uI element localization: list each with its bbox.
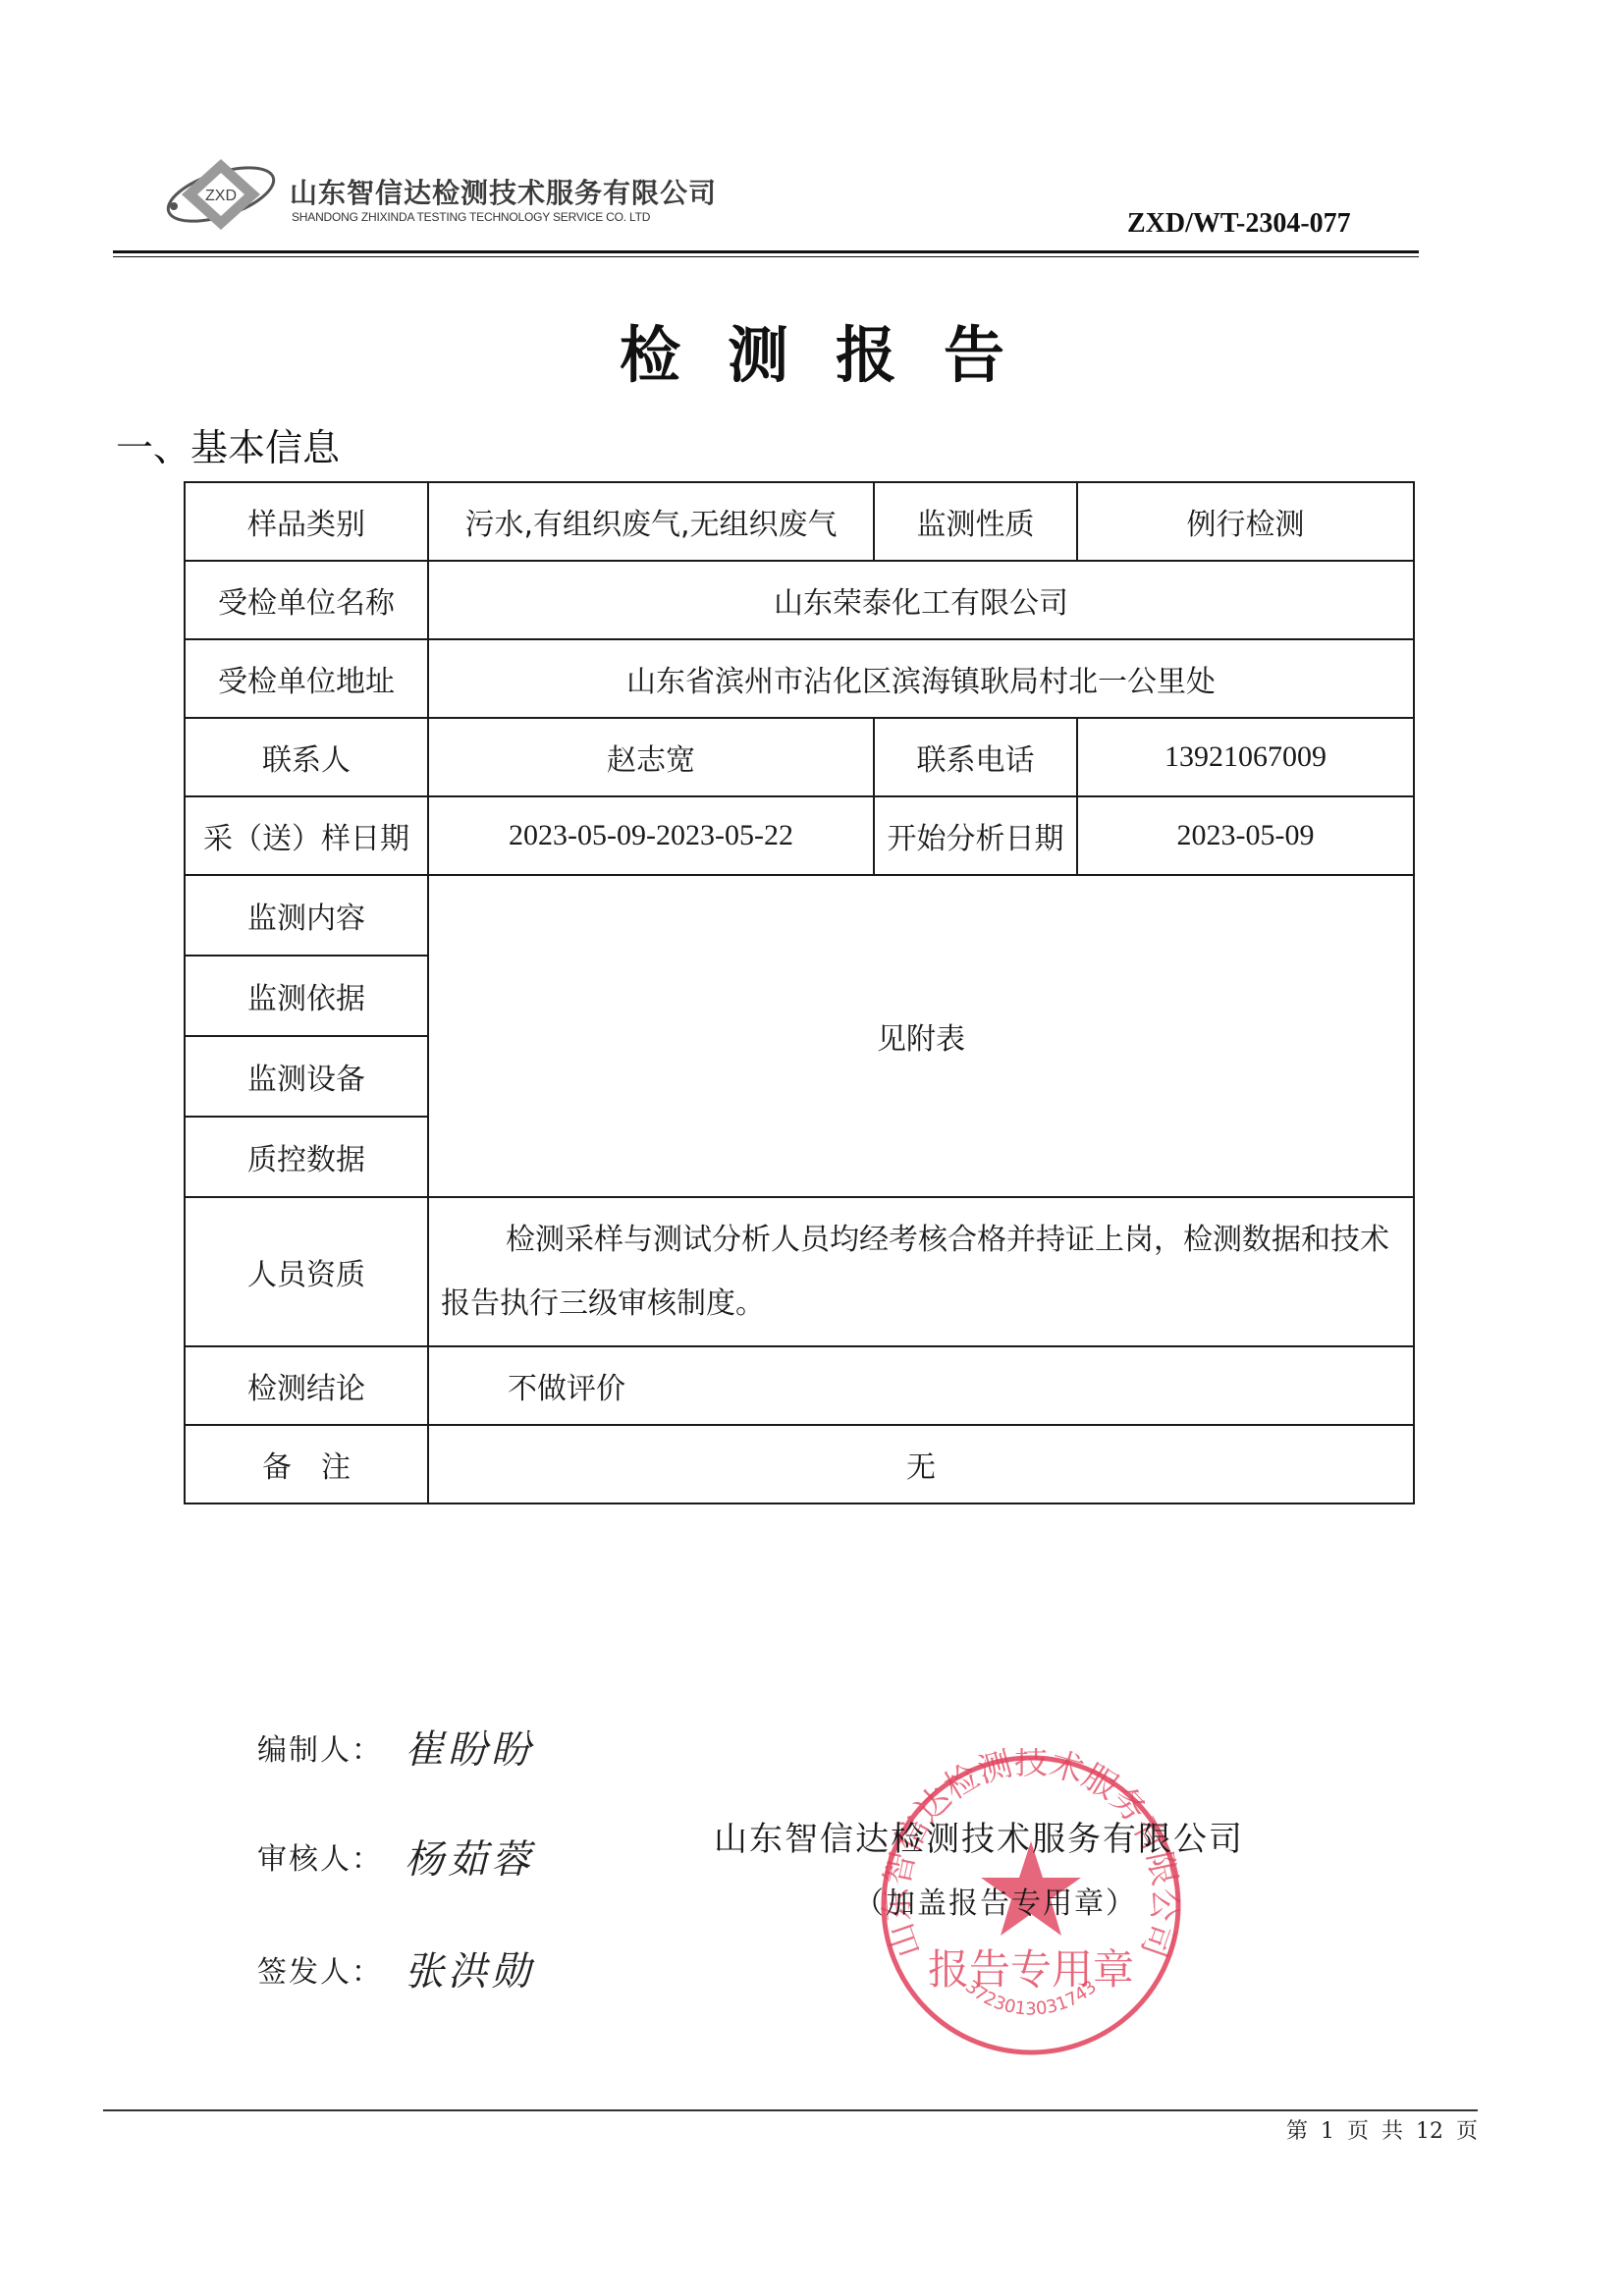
table-row-dates: 采（送）样日期 2023-05-09-2023-05-22 开始分析日期 202… bbox=[185, 796, 1414, 875]
table-row-conclusion: 检测结论 不做评价 bbox=[185, 1346, 1414, 1425]
sample-type-label: 样品类别 bbox=[185, 482, 428, 561]
svg-text:报告专用章: 报告专用章 bbox=[928, 1945, 1134, 1994]
basic-info-table: 样品类别 污水,有组织废气,无组织废气 监测性质 例行检测 受检单位名称 山东荣… bbox=[184, 481, 1415, 1504]
monitor-nature-value: 例行检测 bbox=[1077, 482, 1414, 561]
table-row-client-address: 受检单位地址 山东省滨州市沾化区滨海镇耿局村北一公里处 bbox=[185, 639, 1414, 718]
see-appendix-value: 见附表 bbox=[428, 875, 1414, 1197]
issuer-signature: 张洪勋 bbox=[405, 1941, 534, 1996]
phone-value: 13921067009 bbox=[1077, 718, 1414, 796]
remarks-value: 无 bbox=[428, 1425, 1414, 1503]
table-row-contact: 联系人 赵志宽 联系电话 13921067009 bbox=[185, 718, 1414, 796]
section-heading: 一、基本信息 bbox=[116, 417, 340, 471]
personnel-text: 检测采样与测试分析人员均经考核合格并持证上岗，检测数据和技术报告执行三级审核制度… bbox=[441, 1223, 1389, 1321]
personnel-label: 人员资质 bbox=[185, 1197, 428, 1346]
monitor-basis-label: 监测依据 bbox=[185, 956, 428, 1036]
report-number: ZXD/WT-2304-077 bbox=[1127, 208, 1351, 240]
sample-type-value: 污水,有组织废气,无组织废气 bbox=[428, 482, 874, 561]
company-logo: ZXD bbox=[162, 155, 280, 234]
sampling-date-label: 采（送）样日期 bbox=[185, 796, 428, 875]
table-row-sample-type: 样品类别 污水,有组织废气,无组织废气 监测性质 例行检测 bbox=[185, 482, 1414, 561]
remarks-label: 备 注 bbox=[185, 1425, 428, 1503]
footer-divider bbox=[103, 2109, 1478, 2111]
issuing-company: 山东智信达检测技术服务有限公司 bbox=[714, 1812, 1244, 1860]
reviewer-signature: 杨茹蓉 bbox=[405, 1829, 534, 1885]
table-row-monitor-content: 监测内容 见附表 bbox=[185, 875, 1414, 956]
client-address-value: 山东省滨州市沾化区滨海镇耿局村北一公里处 bbox=[428, 639, 1414, 718]
monitor-content-label: 监测内容 bbox=[185, 875, 428, 956]
client-address-label: 受检单位地址 bbox=[185, 639, 428, 718]
monitor-nature-label: 监测性质 bbox=[874, 482, 1077, 561]
stamp-note: （加盖报告专用章） bbox=[854, 1879, 1137, 1922]
header-divider-thin bbox=[113, 256, 1419, 257]
company-name-en: SHANDONG ZHIXINDA TESTING TECHNOLOGY SER… bbox=[292, 210, 650, 224]
table-row-remarks: 备 注 无 bbox=[185, 1425, 1414, 1503]
contact-label: 联系人 bbox=[185, 718, 428, 796]
conclusion-value: 不做评价 bbox=[428, 1346, 1414, 1425]
client-name-value: 山东荣泰化工有限公司 bbox=[428, 561, 1414, 639]
compiler-signature: 崔盼盼 bbox=[405, 1719, 534, 1775]
analysis-start-value: 2023-05-09 bbox=[1077, 796, 1414, 875]
sampling-date-value: 2023-05-09-2023-05-22 bbox=[428, 796, 874, 875]
header-divider bbox=[113, 250, 1419, 253]
compiler-label: 编制人： bbox=[257, 1725, 383, 1769]
personnel-value: 检测采样与测试分析人员均经考核合格并持证上岗，检测数据和技术报告执行三级审核制度… bbox=[428, 1197, 1414, 1346]
analysis-start-label: 开始分析日期 bbox=[874, 796, 1077, 875]
reviewer-label: 审核人： bbox=[257, 1834, 383, 1878]
company-name-cn: 山东智信达检测技术服务有限公司 bbox=[290, 172, 717, 211]
svg-text:ZXD: ZXD bbox=[205, 188, 237, 204]
table-row-personnel: 人员资质 检测采样与测试分析人员均经考核合格并持证上岗，检测数据和技术报告执行三… bbox=[185, 1197, 1414, 1346]
conclusion-label: 检测结论 bbox=[185, 1346, 428, 1425]
issuer-label: 签发人： bbox=[257, 1947, 383, 1991]
contact-value: 赵志宽 bbox=[428, 718, 874, 796]
document-title: 检测报告 bbox=[0, 306, 1624, 394]
monitor-equipment-label: 监测设备 bbox=[185, 1036, 428, 1117]
qc-data-label: 质控数据 bbox=[185, 1117, 428, 1197]
phone-label: 联系电话 bbox=[874, 718, 1077, 796]
table-row-client-name: 受检单位名称 山东荣泰化工有限公司 bbox=[185, 561, 1414, 639]
page-indicator: 第 1 页 共 12 页 bbox=[1286, 2114, 1478, 2145]
client-name-label: 受检单位名称 bbox=[185, 561, 428, 639]
